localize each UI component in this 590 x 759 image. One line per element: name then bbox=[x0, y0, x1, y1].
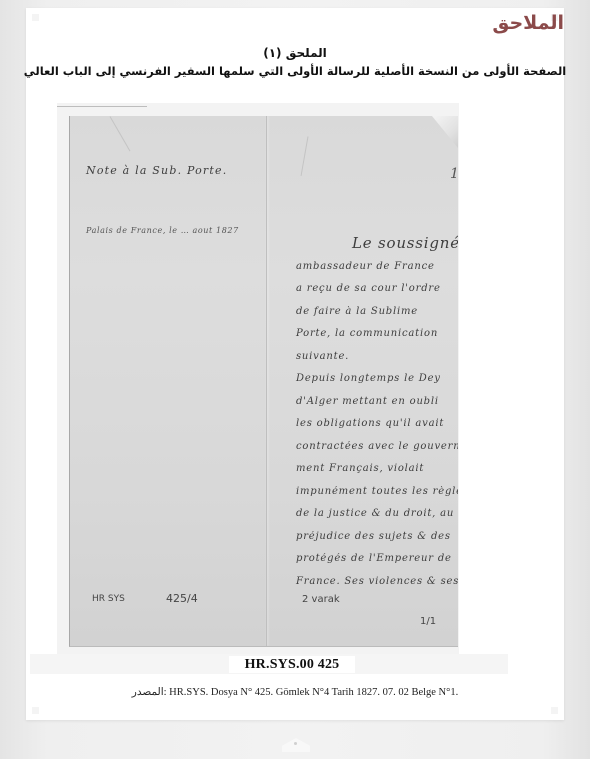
archive-file-note: 425/4 bbox=[166, 592, 198, 605]
folded-corner bbox=[432, 116, 458, 148]
letter-body-line: Le soussigné, bbox=[352, 234, 458, 252]
letter-body-line: Depuis longtemps le Dey bbox=[296, 373, 441, 384]
page-corner-mark bbox=[32, 14, 39, 21]
letter-heading: Note à la Sub. Porte. bbox=[86, 164, 227, 177]
letter-body-line: de la justice & du droit, au bbox=[296, 508, 454, 519]
archive-reference-label: HR.SYS.00 425 bbox=[229, 656, 355, 673]
scan-edge-line bbox=[57, 106, 147, 107]
annex-number: الملحق (١) bbox=[0, 46, 590, 60]
archive-collection-note: HR SYS bbox=[92, 594, 125, 604]
letter-body-line: ment Français, violait bbox=[296, 463, 424, 474]
paper-crease bbox=[301, 136, 309, 176]
paper-fold bbox=[266, 116, 267, 646]
archive-sheets-note: 2 varak bbox=[302, 594, 340, 605]
letter-body-line: impunément toutes les règles bbox=[296, 486, 458, 497]
page-number-mark: 1 bbox=[450, 166, 458, 182]
letter-body-line: a reçu de sa cour l'ordre bbox=[296, 283, 441, 294]
letter-body-line: de faire à la Sublime bbox=[296, 306, 418, 317]
letter-body-line: préjudice des sujets & des bbox=[296, 531, 451, 542]
letter-body-line: protégés de l'Empereur de bbox=[296, 553, 452, 564]
letter-body-line: Porte, la communication bbox=[296, 328, 438, 339]
page-tab-dot bbox=[294, 742, 297, 745]
archive-folio-note: 1/1 bbox=[420, 616, 436, 627]
page-tab bbox=[282, 738, 310, 752]
letter-body-line: les obligations qu'il avait bbox=[296, 418, 444, 429]
paper-crease bbox=[110, 116, 131, 151]
page-corner-mark bbox=[32, 707, 39, 714]
letter-body-line: France. Ses violences & ses bbox=[296, 576, 458, 587]
letter-body-line: contractées avec le gouverne- bbox=[296, 441, 458, 452]
letter-body-line: d'Alger mettant en oubli bbox=[296, 396, 439, 407]
historical-letter-image: 1 Note à la Sub. Porte. Palais de France… bbox=[69, 116, 458, 647]
source-citation: المصدر: HR.SYS. Dosya N° 425. Gömlek N°4… bbox=[0, 686, 590, 698]
page-corner-mark bbox=[551, 707, 558, 714]
annex-caption: الصفحة الأولى من النسخة الأصلية للرسالة … bbox=[10, 64, 580, 78]
letter-body-line: suivante. bbox=[296, 351, 349, 362]
section-title: الملاحق bbox=[492, 12, 564, 34]
letter-body-line: ambassadeur de France bbox=[296, 261, 435, 272]
letter-place-date: Palais de France, le … aout 1827 bbox=[86, 226, 239, 235]
